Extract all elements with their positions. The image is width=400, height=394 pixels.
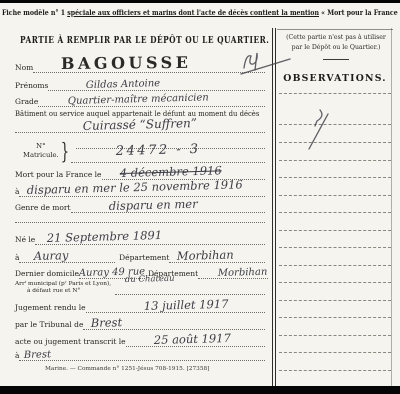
field-prenoms: Prénoms Gildas Antoine: [15, 76, 265, 91]
genre-label: Genre de mort: [15, 203, 71, 213]
transcrit-label: acte ou jugement transcrit le: [15, 337, 126, 347]
field-ne-le: Né le 21 Septembre 1891: [15, 230, 265, 245]
field-transcrit: acte ou jugement transcrit le 25 août 19…: [15, 333, 265, 347]
death-record-card: Fiche modèle n° 1 spéciale aux officiers…: [0, 0, 400, 394]
right-column-note: (Cette partie n'est pas à utiliser par l…: [281, 33, 391, 52]
arr-label-line2: à défaut rue et N°: [27, 288, 80, 294]
field-batiment-value: Cuirassé “Suffren”: [15, 117, 265, 133]
observations-ruled-line: [279, 317, 391, 318]
mort-label: Mort pour la France le: [15, 170, 102, 180]
tribunal-label: par le Tribunal de: [15, 320, 83, 330]
dept1-dotted-line: Morbihan: [169, 247, 265, 263]
a2-value: Auray: [34, 248, 69, 263]
domicile-label: Dernier domicile: [15, 269, 79, 279]
dept1-label: Département: [119, 253, 169, 263]
form-title: Fiche modèle n° 1 spéciale aux officiers…: [2, 8, 400, 17]
field-genre-de-mort: Genre de mort disparu en mer: [15, 199, 265, 213]
observation-mark-icon: [302, 105, 336, 157]
tribunal-value: Brest: [91, 315, 123, 330]
observations-ruled-line: [279, 335, 391, 336]
a3-value: Brest: [24, 349, 51, 361]
observations-ruled-line: [279, 160, 391, 161]
a2-dotted-line: Auray: [19, 247, 115, 263]
batiment-value: Cuirassé “Suffren”: [83, 116, 197, 133]
ne-label: Né le: [15, 235, 35, 245]
observations-ruled-line: [279, 265, 391, 266]
observations-ruled-line: [279, 282, 391, 283]
form-title-underlined: spéciale aux officiers et marins dont l'…: [67, 8, 319, 17]
nom-value: BAGOUSSE: [61, 53, 192, 73]
jugement-label: Jugement rendu le: [15, 303, 86, 313]
jugement-value: 13 juillet 1917: [143, 297, 228, 313]
observations-ruled-line: [279, 370, 391, 371]
observations-ruled-line: [279, 212, 391, 213]
a1-value: disparu en mer le 25 novembre 1916: [27, 177, 243, 197]
field-lieu-naissance: à Auray Département Morbihan: [15, 248, 265, 263]
field-lieu-transcription: à Brest: [15, 349, 265, 361]
dept1-value: Morbihan: [177, 248, 234, 263]
scan-bottom-edge: [0, 386, 400, 394]
matricule-brace: }: [59, 140, 71, 169]
matricule-label-line2: Matricule.: [23, 152, 59, 161]
matricule-label: N° Matricule.: [23, 143, 59, 163]
nom-label: Nom: [15, 63, 33, 73]
observations-ruled-line: [279, 247, 391, 248]
observations-ruled-line: [279, 230, 391, 231]
prenoms-label: Prénoms: [15, 81, 48, 91]
scan-top-edge: [0, 0, 400, 3]
blank-dotted-line: [15, 214, 265, 223]
form-title-prefix: Fiche modèle n° 1: [2, 8, 67, 17]
field-matricule: N° Matricule. } 24472 - 3: [15, 140, 265, 163]
field-tribunal: par le Tribunal de Brest: [15, 316, 265, 330]
page-right-rule: [391, 28, 392, 387]
jugement-dotted-line: 13 juillet 1917: [86, 298, 265, 313]
genre-value: disparu en mer: [108, 197, 197, 213]
matricule-dotted-line: 24472 - 3: [71, 139, 265, 163]
arr-dotted-line: [115, 294, 265, 295]
a3-dotted-line: Brest: [19, 348, 265, 361]
nom-dotted-line: BAGOUSSE: [33, 54, 265, 73]
matricule-value: 24472 - 3: [116, 142, 201, 159]
registrar-paraph-icon: [238, 48, 296, 82]
genre-dotted-line: disparu en mer: [71, 198, 265, 213]
form-title-suffix: « Mort pour la France »: [319, 8, 400, 17]
printer-imprint: Marine. — Commande n° 1251-Jésus 708-191…: [45, 366, 210, 372]
ne-value: 21 Septembre 1891: [47, 228, 163, 245]
observations-ruled-line: [279, 177, 391, 178]
right-column-top-rule: [277, 29, 393, 30]
transcrit-value: 25 août 1917: [153, 331, 230, 347]
observations-ruled-line: [279, 300, 391, 301]
field-disparu-date: à disparu en mer le 25 novembre 1916: [15, 183, 265, 197]
ne-dotted-line: 21 Septembre 1891: [35, 229, 265, 245]
field-nom: Nom BAGOUSSE: [15, 55, 265, 73]
grade-dotted-line: Quartier-maître mécanicien: [38, 91, 265, 107]
note-separator-rule: [323, 59, 349, 60]
field-grade: Grade Quartier-maître mécanicien: [15, 92, 265, 107]
field-arr-municipal-line2: à défaut rue et N°: [15, 287, 265, 294]
grade-value: Quartier-maître mécanicien: [68, 92, 209, 107]
batiment-dotted-line: Cuirassé “Suffren”: [15, 116, 265, 133]
field-arr-municipal-line1: Arrᵗ municipal (pʳ Paris et Lyon), du Ch…: [15, 280, 265, 287]
dept2-dotted-line: Morbihan: [198, 264, 267, 279]
blank-ruled-line: [15, 215, 265, 223]
observations-ruled-line: [279, 352, 391, 353]
observations-ruled-line: [279, 93, 391, 94]
prenoms-dotted-line: Gildas Antoine: [48, 75, 265, 91]
a1-dotted-line: disparu en mer le 25 novembre 1916: [19, 182, 265, 197]
transcrit-dotted-line: 25 août 1917: [126, 332, 265, 347]
dept2-value: Morbihan: [218, 267, 268, 279]
section-title: PARTIE À REMPLIR PAR LE DÉPÔT OU LE QUAR…: [20, 36, 269, 46]
domicile-interline-value: du Château: [125, 274, 175, 285]
field-jugement: Jugement rendu le 13 juillet 1917: [15, 299, 265, 313]
prenoms-value: Gildas Antoine: [86, 78, 161, 91]
observations-ruled-line: [279, 195, 391, 196]
grade-label: Grade: [15, 97, 38, 107]
tribunal-dotted-line: Brest: [83, 315, 265, 330]
